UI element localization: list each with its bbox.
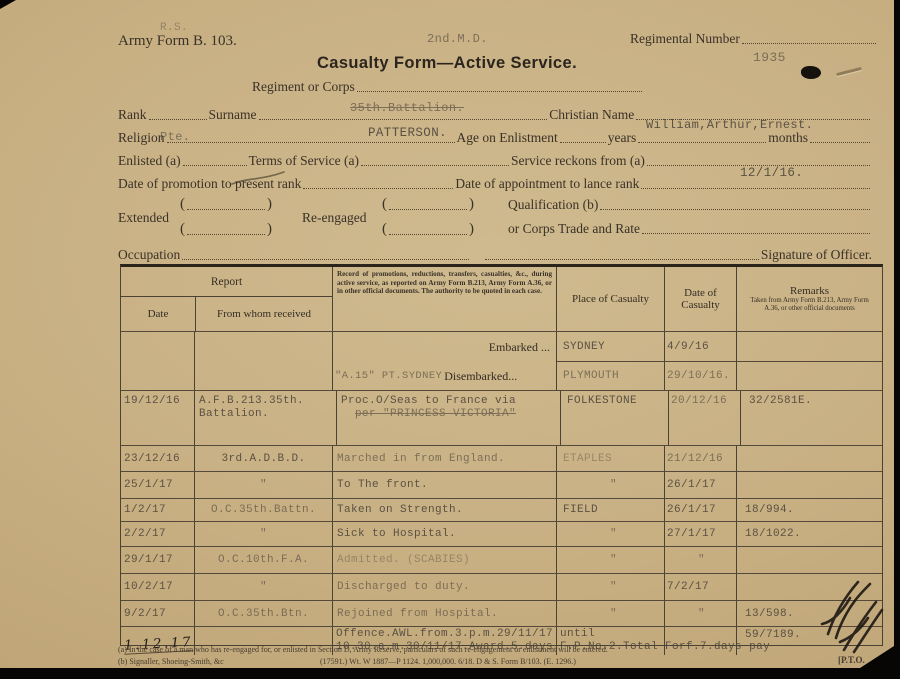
cell-from: O.C.35th.Btn. [218, 608, 309, 620]
occupation-label: Occupation [118, 247, 180, 263]
cell-date: 23/12/16 [124, 453, 180, 465]
cell-date: 1/2/17 [124, 504, 166, 516]
remarks-subheader: Taken from Army Form B.213, Army Form A.… [737, 297, 882, 313]
date-of-casualty-header: Date of Casualty [671, 287, 730, 311]
rank-label: Rank [118, 107, 147, 123]
table-header-row: Report Date From whom received Record of… [121, 267, 882, 332]
date-header-text: Date [148, 308, 169, 320]
handwritten-scribble [814, 572, 890, 658]
cell-casualty-date: 26/1/17 [667, 504, 716, 516]
typed-lance-date: 12/1/16. [740, 166, 803, 180]
cell-record: Discharged to duty. [337, 581, 470, 593]
regimental-number-label: Regimental Number [630, 31, 740, 47]
table-row: 10/2/17 " Discharged to duty. " 7/2/17 [121, 574, 882, 601]
cell-casualty-date: 7/2/17 [667, 581, 709, 593]
cell-from-ditto: " [260, 581, 267, 593]
cell-place-ditto: " [610, 554, 617, 566]
bracket: ( [382, 196, 387, 213]
remarks-header: Remarks [790, 285, 829, 297]
dotted-leader [259, 116, 548, 120]
religion-label: Religion [118, 130, 165, 146]
cell-from-ditto: " [260, 479, 267, 491]
dotted-leader [187, 231, 265, 235]
cell-place: PLYMOUTH [563, 370, 619, 382]
dotted-leader [485, 256, 759, 260]
record-header: Record of promotions, reductions, transf… [337, 270, 552, 296]
dotted-leader [810, 139, 870, 143]
table-row: Embarked ... SYDNEY 4/9/16 [121, 332, 882, 362]
cell-casualty-date: 26/1/17 [667, 479, 716, 491]
cell-remarks: 18/994. [745, 504, 794, 516]
cell-remarks: 13/598. [745, 608, 794, 620]
cell-place: FOLKESTONE [567, 395, 637, 407]
cell-from-ditto: " [260, 528, 267, 540]
cell-from-2: Battalion. [199, 408, 269, 421]
form-id: Army Form B. 103. [118, 33, 237, 50]
disembarked-label: Disembarked... [444, 369, 517, 384]
cell-remarks: 18/1022. [745, 528, 801, 540]
cell-casualty-date: 29/10/16. [667, 370, 730, 382]
cell-record: Rejoined from Hospital. [337, 608, 498, 620]
dotted-leader [389, 231, 467, 235]
surname-label: Surname [209, 107, 257, 123]
cell-casualty-date: 21/12/16 [667, 453, 723, 465]
cell-date: 19/12/16 [124, 395, 180, 407]
dotted-leader [303, 185, 453, 189]
form-title: Casualty Form—Active Service. [0, 54, 894, 73]
cell-date: 9/2/17 [124, 608, 166, 620]
cell-place: ETAPLES [563, 453, 612, 465]
embarked-label: Embarked ... [489, 340, 550, 355]
typed-district: 2nd.M.D. [427, 32, 488, 46]
cell-date: 29/1/17 [124, 554, 173, 566]
ink-mark [228, 168, 288, 188]
cell-from: O.C.10th.F.A. [218, 554, 309, 566]
dotted-leader [187, 206, 265, 210]
from-whom-header: From whom received [217, 308, 311, 320]
service-reckons-label: Service reckons from (a) [511, 153, 645, 169]
report-header: Report [211, 276, 242, 288]
cell-casualty-date: 20/12/16 [671, 395, 727, 407]
cell-date: 10/2/17 [124, 581, 173, 593]
cell-record-2: per "PRINCESS VICTORIA" [355, 408, 516, 421]
footnote-a: (a) In the case of a man who has re-enga… [118, 645, 834, 654]
years-label: years [608, 130, 636, 146]
cell-record-typed: "A.15" PT.SYDNEY [335, 370, 442, 382]
cell-record: Sick to Hospital. [337, 528, 456, 540]
dotted-leader [182, 256, 469, 260]
months-label: months [768, 130, 808, 146]
cell-remarks: 32/2581E. [749, 395, 812, 407]
typed-battalion-overtype: 35th.Battalion. [350, 101, 464, 115]
cell-place-ditto: " [610, 479, 617, 491]
table-row: 9/2/17 O.C.35th.Btn. Rejoined from Hospi… [121, 601, 882, 627]
cell-casualty-ditto: " [698, 608, 705, 620]
place-header: Place of Casualty [572, 293, 649, 305]
cell-date: 2/2/17 [124, 528, 166, 540]
cell-from: A.F.B.213.35th. [199, 395, 304, 408]
typed-surname-value: PATTERSON. [368, 126, 447, 140]
dotted-leader [641, 185, 870, 189]
cell-record: Marched in from England. [337, 453, 505, 465]
table-row: 1/2/17 O.C.35th.Battn. Taken on Strength… [121, 499, 882, 522]
dotted-leader [742, 40, 876, 44]
cell-record: To The front. [337, 479, 428, 491]
reengaged-label: Re-engaged [302, 210, 366, 226]
table-row: 23/12/16 3rd.A.D.B.D. Marched in from En… [121, 446, 882, 472]
corps-trade-label: or Corps Trade and Rate [508, 221, 640, 237]
dotted-leader [600, 206, 870, 210]
print-imprint: (17591.) Wt. W 1887—P 1124. 1,000,000. 6… [320, 657, 576, 666]
bracket: ( [382, 221, 387, 238]
table-row: 25/1/17 " To The front. " 26/1/17 [121, 472, 882, 499]
lance-label: Date of appointment to lance rank [455, 176, 639, 192]
christian-name-label: Christian Name [549, 107, 634, 123]
bracket: ) [267, 196, 272, 213]
dotted-leader [560, 139, 606, 143]
dotted-leader [638, 139, 766, 143]
dotted-leader [642, 230, 870, 234]
casualty-table: Report Date From whom received Record of… [120, 264, 883, 646]
cell-from: 3rd.A.D.B.D. [221, 453, 305, 465]
cell-record: Admitted. (SCABIES) [337, 554, 470, 566]
dotted-leader [357, 88, 642, 92]
regiment-or-corps-label: Regiment or Corps [252, 79, 355, 95]
dotted-leader [149, 116, 207, 120]
cell-place-ditto: " [610, 581, 617, 593]
cell-date: 25/1/17 [124, 479, 173, 491]
cell-from: O.C.35th.Battn. [211, 504, 316, 516]
cell-remarks: 59/7189. [745, 629, 801, 641]
table-row: 29/1/17 O.C.10th.F.A. Admitted. (SCABIES… [121, 547, 882, 574]
table-row: "A.15" PT.SYDNEY Disembarked... PLYMOUTH… [121, 362, 882, 391]
signature-label: Signature of Officer. [761, 247, 872, 263]
bracket: ) [469, 221, 474, 238]
age-on-enlistment-label: Age on Enlistment [457, 130, 558, 146]
cell-place-ditto: " [610, 608, 617, 620]
enlisted-label: Enlisted (a) [118, 153, 181, 169]
bracket: ( [180, 196, 185, 213]
cell-casualty-date: 27/1/17 [667, 528, 716, 540]
cell-record: Taken on Strength. [337, 504, 463, 516]
typed-rank-value: Pte. [160, 130, 190, 144]
qualification-label: Qualification (b) [508, 197, 598, 213]
extended-label: Extended [118, 210, 169, 226]
dotted-leader [183, 162, 247, 166]
bracket: ( [180, 221, 185, 238]
cell-casualty-ditto: " [698, 554, 705, 566]
cell-place: SYDNEY [563, 341, 605, 353]
bracket: ) [469, 196, 474, 213]
table-row: 2/2/17 " Sick to Hospital. " 27/1/17 18/… [121, 522, 882, 547]
footnote-b: (b) Signaller, Shoeing-Smith, &c [118, 657, 224, 666]
bracket: ) [267, 221, 272, 238]
cell-record: Proc.O/Seas to France via [341, 395, 516, 408]
cell-place-ditto: " [610, 528, 617, 540]
cell-place: FIELD [563, 504, 598, 516]
dotted-leader [389, 206, 467, 210]
table-row: 19/12/16 A.F.B.213.35th. Battalion. Proc… [121, 391, 882, 446]
terms-of-service-label: Terms of Service (a) [249, 153, 359, 169]
dotted-leader [361, 162, 509, 166]
cell-casualty-date: 4/9/16 [667, 341, 709, 353]
casualty-form-document: R.S. Army Form B. 103. 2nd.M.D. Regiment… [0, 0, 894, 668]
